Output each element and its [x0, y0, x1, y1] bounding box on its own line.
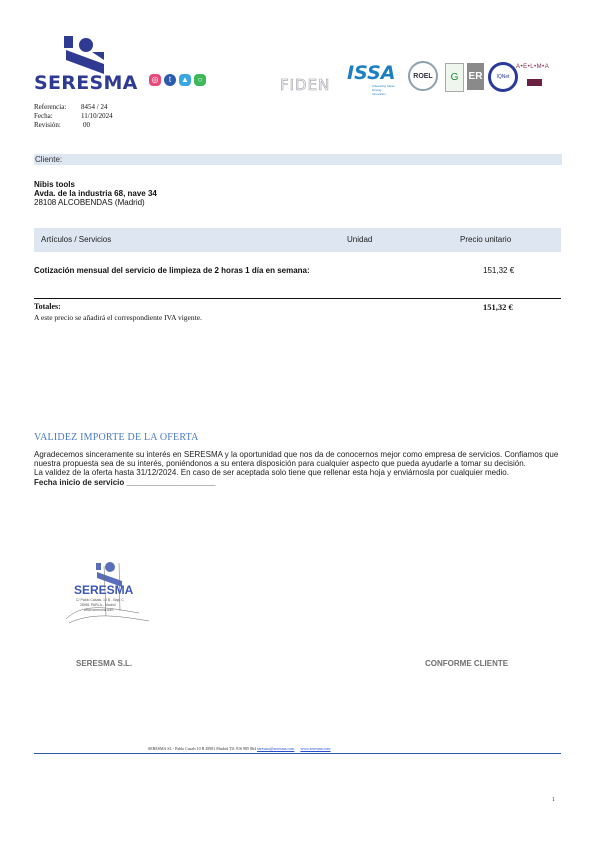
client-section-bar: Cliente:	[34, 154, 562, 165]
header-articles: Artículos / Servicios	[41, 228, 111, 252]
table-header: Artículos / Servicios Unidad Precio unit…	[34, 228, 561, 252]
issa-tagline: Advancing Clean. Driving Innovation.	[372, 84, 396, 96]
company-stamp: SERESMA C/ Pablo Casals, 10 B - Bajo C 2…	[64, 561, 154, 641]
svg-text:C/ Pablo Casals, 10 B - Bajo C: C/ Pablo Casals, 10 B - Bajo C	[76, 598, 124, 602]
footer: SERESMA SL - Pablo Casals 10 B 28981 Mad…	[148, 746, 331, 751]
seresma-logo-mark	[64, 36, 106, 74]
client-info: Nibis tools Avda. de la industria 68, na…	[34, 180, 157, 207]
svg-text:28981 PARLA - Madrid: 28981 PARLA - Madrid	[80, 603, 116, 607]
client-name: Nibis tools	[34, 180, 75, 189]
client-city: 28108 ALCOBENDAS (Madrid)	[34, 198, 157, 207]
meta-revision: Revisión:00	[34, 121, 113, 130]
tax-note: A este precio se añadirá el correspondie…	[34, 313, 202, 322]
aelma-logo: A•E•L•M•A	[516, 64, 549, 70]
stamp-text: SERESMA	[74, 583, 134, 597]
footer-email-link[interactable]: seresma@seresma.com	[257, 746, 294, 751]
meta-reference: Referencia:8454 / 24	[34, 103, 113, 112]
fiden-logo: FIDEN	[280, 76, 330, 94]
footer-address: SERESMA SL - Pablo Casals 10 B 28981 Mad…	[148, 746, 256, 751]
iqnet-logo: IQNet	[488, 62, 518, 92]
header-unit-price: Precio unitario	[460, 228, 511, 252]
item-description: Cotización mensual del servicio de limpi…	[34, 266, 310, 275]
er-certification-icon: ER	[467, 63, 484, 90]
validity-title: VALIDEZ IMPORTE DE LA OFERTA	[34, 432, 199, 443]
roel-logo: ROEL	[408, 61, 438, 91]
meta-date: Fecha:11/10/2024	[34, 112, 113, 121]
document-meta: Referencia:8454 / 24 Fecha:11/10/2024 Re…	[34, 103, 113, 130]
client-signature-label: CONFORME CLIENTE	[425, 659, 508, 668]
aelma-badge	[527, 79, 542, 86]
footer-divider	[34, 753, 561, 754]
start-date-field[interactable]: Fecha inicio de servicio _______________…	[34, 478, 215, 487]
company-signature-label: SERESMA S.L.	[76, 659, 132, 668]
company-logo-text: SERESMA	[34, 72, 138, 94]
gp-certification-icon: G	[445, 63, 464, 92]
bird-icon[interactable]: ▲	[179, 74, 191, 86]
tiktok-icon[interactable]: t	[164, 74, 176, 86]
client-address: Avda. de la industria 68, nave 34	[34, 189, 157, 198]
totals-label: Totales:	[34, 302, 61, 311]
social-icons: ◎ t ▲ ○	[149, 74, 206, 86]
validity-paragraph-2: La validez de la oferta hasta 31/12/2024…	[34, 468, 564, 477]
page-number: 1	[552, 797, 555, 803]
issa-logo: ISSA	[347, 62, 395, 84]
item-price: 151,32 €	[483, 266, 514, 275]
header-unit: Unidad	[347, 228, 372, 252]
totals-value: 151,32 €	[483, 302, 513, 312]
validity-paragraph-1: Agradecemos sinceramente su interés en S…	[34, 450, 564, 468]
footer-website-link[interactable]: www.seresma.com	[300, 746, 330, 751]
validity-body: Agradecemos sinceramente su interés en S…	[34, 450, 564, 487]
totals-divider	[34, 298, 561, 299]
instagram-icon[interactable]: ◎	[149, 74, 161, 86]
whatsapp-icon[interactable]: ○	[194, 74, 206, 86]
